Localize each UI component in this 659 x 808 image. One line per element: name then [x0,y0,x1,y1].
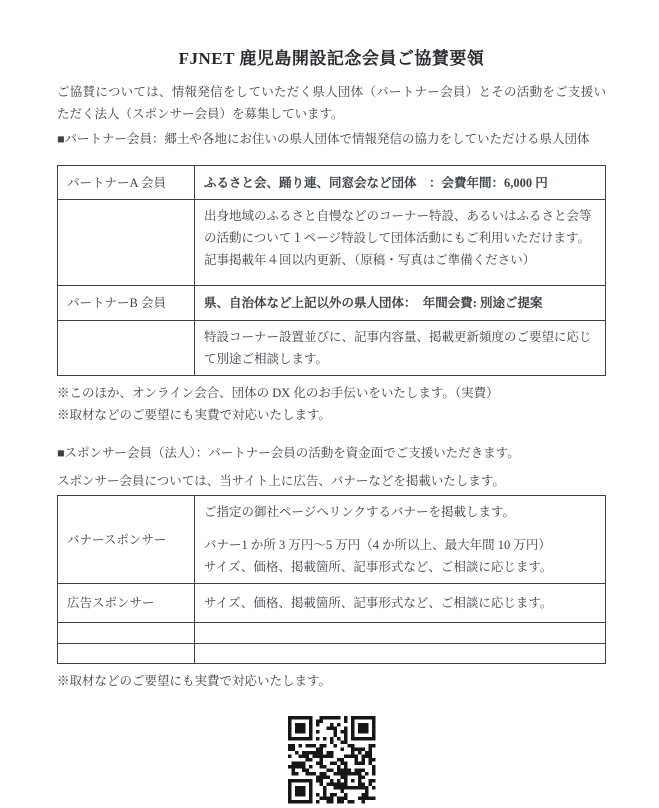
table-row: 広告スポンサー サイズ、価格、掲載箇所、記事形式など、ご相談に応じます。 [58,584,606,623]
sponsor-note: ※取材などのご要望にも実費で対応いたします。 [57,670,606,692]
qr-code-image [286,714,377,805]
table-row: 特設コーナー設置並びに、記事内容量、掲載更新頻度のご要望に応じて別途ご相談します… [58,321,606,376]
row-label [58,644,195,664]
note-line: ※取材などのご要望にも実費で対応いたします。 [57,404,606,426]
partner-table: パートナーA 会員 ふるさと会、踊り連、同窓会など団体 ：会費年間：6,000 … [57,165,606,376]
table-row: 出身地域のふるさと自慢などのコーナー特設、あるいはふるさと会等の活動について１ペ… [58,200,606,286]
row-text: 特設コーナー設置並びに、記事内容量、掲載更新頻度のご要望に応じて別途ご相談します… [195,321,606,376]
table-row [58,623,606,644]
row-label [58,200,195,286]
note-line: ※このほか、オンライン会合、団体の DX 化のお手伝いをいたします。（実費） [57,382,606,404]
row-text: ご指定の御社ページへリンクするバナーを掲載します。 バナー1 か所 3 万円～5… [195,496,606,584]
row-text: 県、自治体など上記以外の県人団体： 年間会費: 別途ご提案 [195,286,606,321]
partner-section-heading: ■パートナー会員：郷土や各地にお住いの県人団体で情報発信の協力をしていただける県… [57,128,606,150]
page-title: FJNET 鹿児島開設記念会員ご協賛要領 [57,46,606,72]
row-text: 出身地域のふるさと自慢などのコーナー特設、あるいはふるさと会等の活動について１ペ… [195,200,606,286]
intro-paragraph: ご協賛については、情報発信をしていただく県人団体（パートナー会員）とその活動をご… [57,81,606,125]
table-row: パートナーA 会員 ふるさと会、踊り連、同窓会など団体 ：会費年間：6,000 … [58,166,606,200]
row-label [58,623,195,644]
row-text: サイズ、価格、掲載箇所、記事形式など、ご相談に応じます。 [195,584,606,623]
table-row [58,644,606,664]
row-text [195,644,606,664]
sponsor-table: バナースポンサー ご指定の御社ページへリンクするバナーを掲載します。 バナー1 … [57,495,606,664]
document-page: FJNET 鹿児島開設記念会員ご協賛要領 ご協賛については、情報発信をしていただ… [0,0,659,808]
row-label: 広告スポンサー [58,584,195,623]
sponsor-subtext: スポンサー会員については、当サイト上に広告、バナーなどを掲載いたします。 [57,470,606,492]
sponsor-section-heading: ■スポンサー会員（法人）：パートナー会員の活動を資金面でご支援いただきます。 [57,442,606,464]
row-label: パートナーB 会員 [58,286,195,321]
table-row: バナースポンサー ご指定の御社ページへリンクするバナーを掲載します。 バナー1 … [58,496,606,584]
qr-code [57,714,606,808]
row-text [195,623,606,644]
row-label [58,321,195,376]
row-text: ふるさと会、踊り連、同窓会など団体 ：会費年間：6,000 円 [195,166,606,200]
partner-notes: ※このほか、オンライン会合、団体の DX 化のお手伝いをいたします。（実費） ※… [57,382,606,426]
row-label: バナースポンサー [58,496,195,584]
row-label: パートナーA 会員 [58,166,195,200]
table-row: パートナーB 会員 県、自治体など上記以外の県人団体： 年間会費: 別途ご提案 [58,286,606,321]
